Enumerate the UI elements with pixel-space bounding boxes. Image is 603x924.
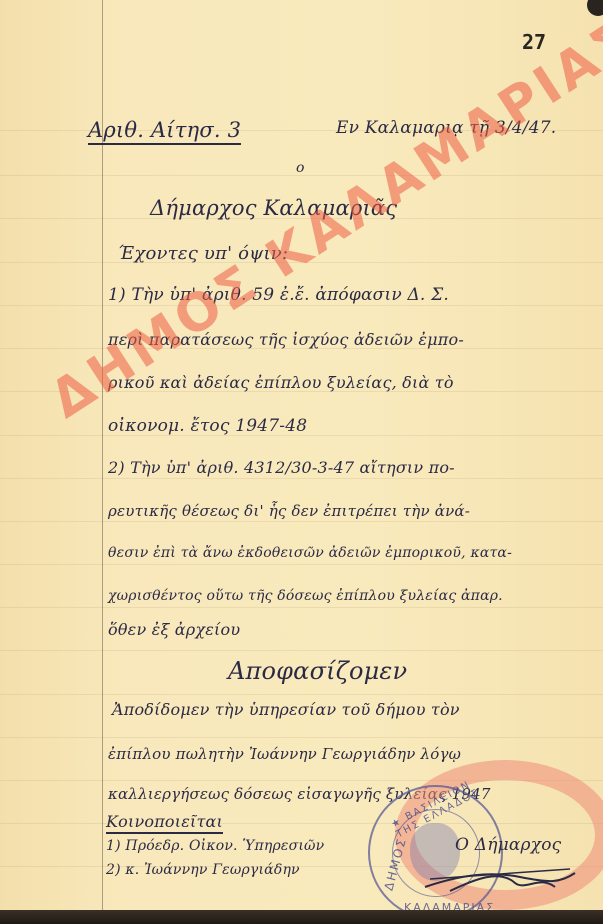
ruled-line <box>0 737 603 738</box>
item-2-line-1: 2) Τὴν ὑπ' ἀριθ. 4312/30-3-47 αἴτησιν πο… <box>108 458 455 477</box>
document-page: 27 Αριθ. Αίτησ. 3 Εν Καλαμαριᾳ τῇ 3/4/47… <box>0 0 603 912</box>
item-1-line-4: οἰκονομ. ἔτος 1947-48 <box>108 416 307 436</box>
ruled-line <box>0 521 603 522</box>
ruled-line <box>0 305 603 306</box>
item-2-line-2: ρευτικῆς θέσεως δι' ἧς δεν ἐπιτρέπει τὴν… <box>108 502 470 520</box>
decision-heading: Αποφασίζομεν <box>228 657 407 685</box>
signature-title: Ο Δήμαρχος <box>455 835 561 855</box>
decision-line-2: ἐπίπλου πωλητὴν Ἰωάννην Γεωργιάδην λόγῳ <box>108 745 461 763</box>
reference-number: Αριθ. Αίτησ. 3 <box>88 118 241 145</box>
ruled-line <box>0 564 603 565</box>
salutation-mark: ο <box>296 160 305 176</box>
ruled-line <box>0 694 603 695</box>
ruled-line <box>0 607 603 608</box>
place-date: Εν Καλαμαριᾳ τῇ 3/4/47. <box>336 118 556 138</box>
item-1-line-2: περὶ παρατάσεως τῆς ἰσχύος ἀδειῶν ἐμπο- <box>108 330 464 349</box>
page-number: 27 <box>522 30 546 54</box>
ruled-line <box>0 650 603 651</box>
item-1-line-1: 1) Τὴν ὑπ' ἀριθ. 59 ἐ.ἔ. ἀπόφασιν Δ. Σ. <box>108 285 449 305</box>
ruled-line <box>0 478 603 479</box>
corner-shadow <box>587 0 603 16</box>
addressee: Δήμαρχος Καλαμαριᾶς <box>150 196 397 220</box>
intro-line: Έχοντες υπ' όψιν: <box>118 243 288 264</box>
item-1-line-3: ρικοῦ καὶ ἀδείας ἐπίπλου ξυλείας, διὰ τὸ <box>108 373 454 392</box>
item-2-line-3: θεσιν ἐπὶ τὰ ἄνω ἐκδοθεισῶν ἀδειῶν ἐμπορ… <box>108 545 512 561</box>
distribution-item-2: 2) κ. Ἰωάννην Γεωργιάδην <box>106 862 300 878</box>
item-2-line-4: χωρισθέντος οὕτω τῆς δόσεως ἐπίπλου ξυλε… <box>108 588 503 604</box>
decision-line-1: Ἀποδίδομεν τὴν ὑπηρεσίαν τοῦ δήμου τὸν <box>112 700 460 719</box>
ruled-line <box>0 262 603 263</box>
distribution-item-1: 1) Πρόεδρ. Οἰκον. Ὑπηρεσιῶν <box>106 838 324 854</box>
scan-bottom-edge <box>0 910 603 924</box>
item-2-line-5: ὅθεν ἐξ ἀρχείου <box>108 620 240 639</box>
signature-icon <box>420 865 580 895</box>
distribution-heading: Κοινοποιεῖται <box>106 812 223 834</box>
